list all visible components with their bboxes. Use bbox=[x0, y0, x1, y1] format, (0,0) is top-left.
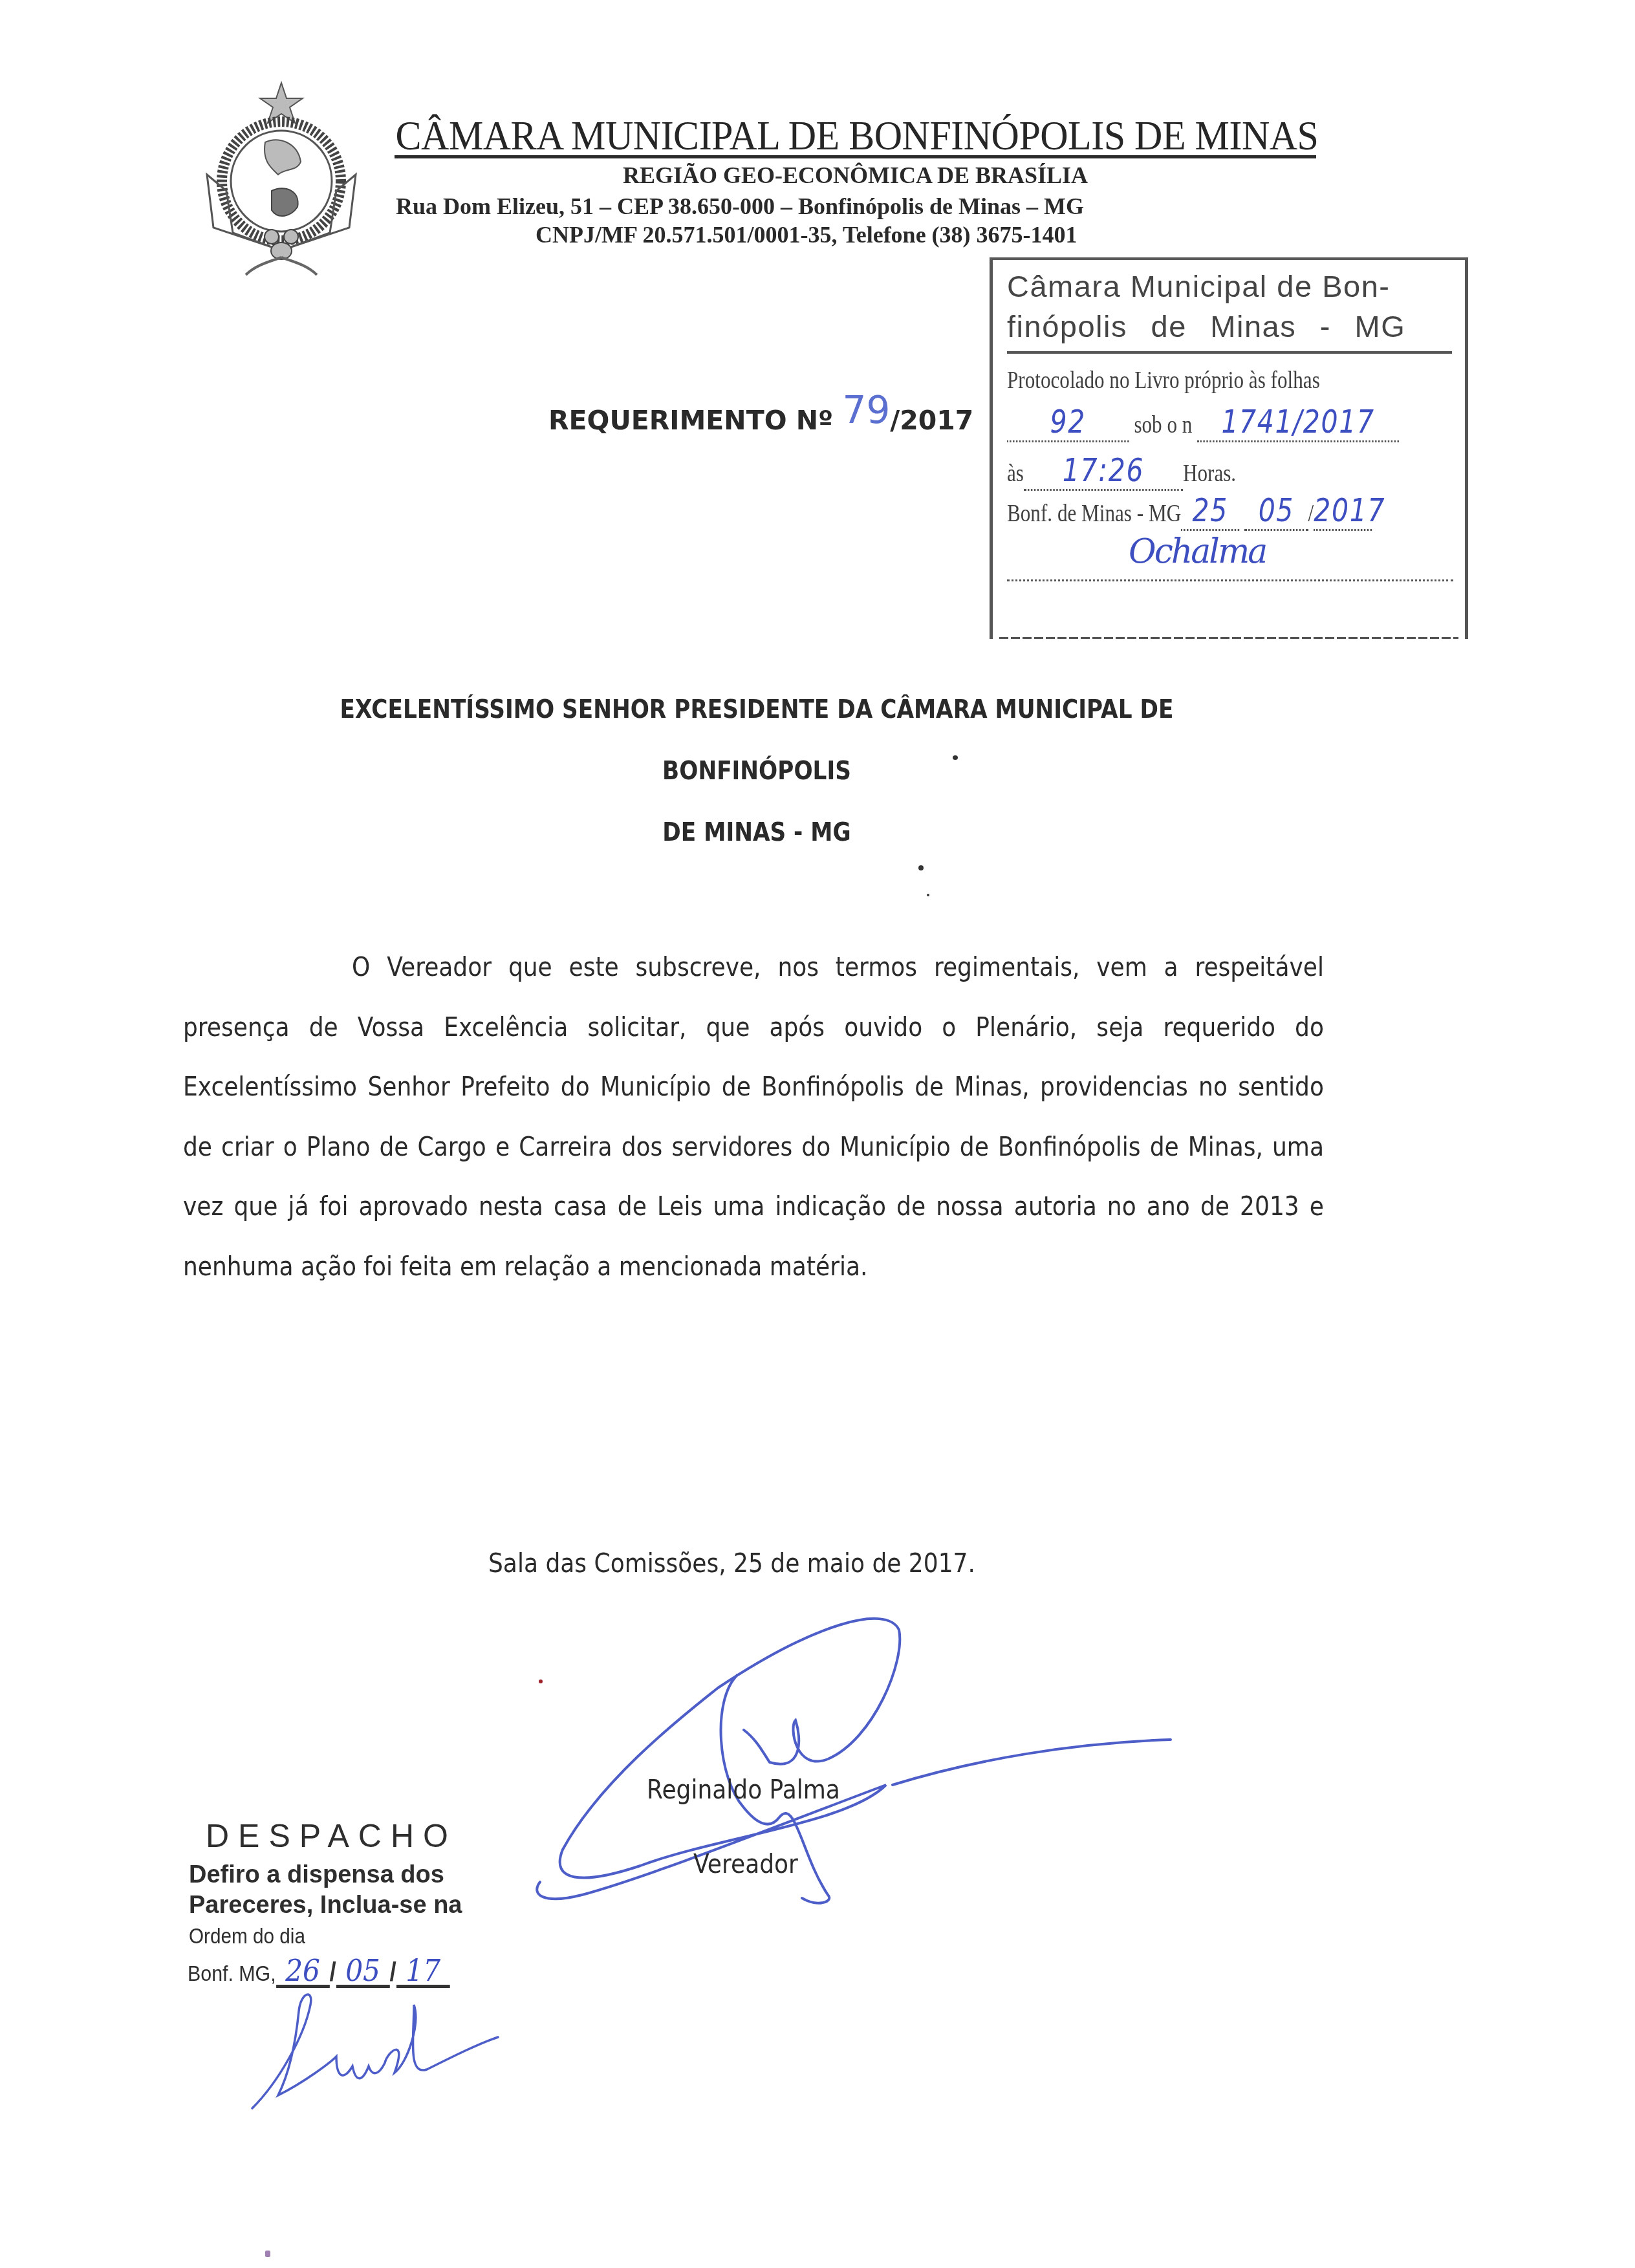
scan-speck bbox=[927, 894, 929, 896]
protocol-number-field: 1741/2017 bbox=[1197, 403, 1399, 442]
letterhead-divider bbox=[395, 155, 1316, 158]
handwritten-number: 79 bbox=[842, 388, 890, 432]
scan-speck bbox=[265, 2251, 270, 2257]
signatory-role: Vereador bbox=[693, 1850, 798, 1879]
councilor-signature-icon bbox=[524, 1610, 1184, 1914]
stamp-signature: Ochalma bbox=[1129, 532, 1266, 571]
coat-of-arms-icon bbox=[194, 78, 369, 278]
despacho-year: 17 bbox=[396, 1956, 450, 1988]
addressee-heading: EXCELENTÍSSIMO SENHOR PRESIDENTE DA CÂMA… bbox=[261, 679, 1251, 863]
chamber-cnpj-phone: CNPJ/MF 20.571.501/0001-35, Telefone (38… bbox=[536, 221, 1077, 248]
despacho-line2: Pareceres, Inclua-se na bbox=[189, 1892, 462, 1919]
region-subheading: REGIÃO GEO-ECONÔMICA DE BRASÍLIA bbox=[395, 162, 1316, 189]
signatory-name: Reginaldo Palma bbox=[647, 1775, 840, 1805]
stamp-header-line2: finópolis de Minas - MG bbox=[1007, 307, 1453, 347]
protocol-stamp: Câmara Municipal de Bon- finópolis de Mi… bbox=[990, 257, 1468, 639]
stamp-header: Câmara Municipal de Bon- finópolis de Mi… bbox=[1007, 266, 1453, 347]
despacho-date: Bonf. MG,26/05/17 bbox=[188, 1956, 450, 1988]
ink-dot bbox=[539, 1679, 543, 1683]
stamp-protocol-label: Protocolado no Livro próprio às folhas bbox=[1007, 366, 1373, 394]
time-field: 17:26 bbox=[1024, 451, 1183, 491]
stamp-divider bbox=[1007, 351, 1452, 354]
stamp-folhas-row: 92 sob o n 1741/2017 bbox=[1007, 403, 1373, 442]
despacho-day: 26 bbox=[276, 1956, 330, 1988]
stamp-signature-line bbox=[1007, 579, 1453, 581]
scan-speck bbox=[918, 865, 924, 870]
folhas-field: 92 bbox=[1007, 403, 1129, 442]
place-and-date: Sala das Comissões, 25 de maio de 2017. bbox=[488, 1549, 975, 1579]
requerimento-number: REQUERIMENTO Nº 79/2017 bbox=[548, 394, 973, 438]
president-signature-icon bbox=[239, 1985, 511, 2115]
despacho-line1: Defiro a dispensa dos bbox=[189, 1861, 444, 1889]
despacho-month: 05 bbox=[336, 1956, 390, 1988]
stamp-time-row: às17:26Horas. bbox=[1007, 451, 1373, 491]
stamp-header-line1: Câmara Municipal de Bon- bbox=[1007, 266, 1453, 307]
chamber-name-heading: CÂMARA MUNICIPAL DE BONFINÓPOLIS DE MINA… bbox=[395, 116, 1319, 157]
request-body: O Vereador que este subscreve, nos termo… bbox=[183, 938, 1324, 1297]
despacho-title: DESPACHO bbox=[206, 1817, 457, 1855]
stamp-date-row: Bonf. de Minas - MG25 05/2017 bbox=[1007, 491, 1373, 531]
despacho-line3: Ordem do dia bbox=[189, 1924, 305, 1949]
chamber-address: Rua Dom Elizeu, 51 – CEP 38.650-000 – Bo… bbox=[396, 193, 1321, 220]
scan-speck bbox=[953, 755, 958, 760]
